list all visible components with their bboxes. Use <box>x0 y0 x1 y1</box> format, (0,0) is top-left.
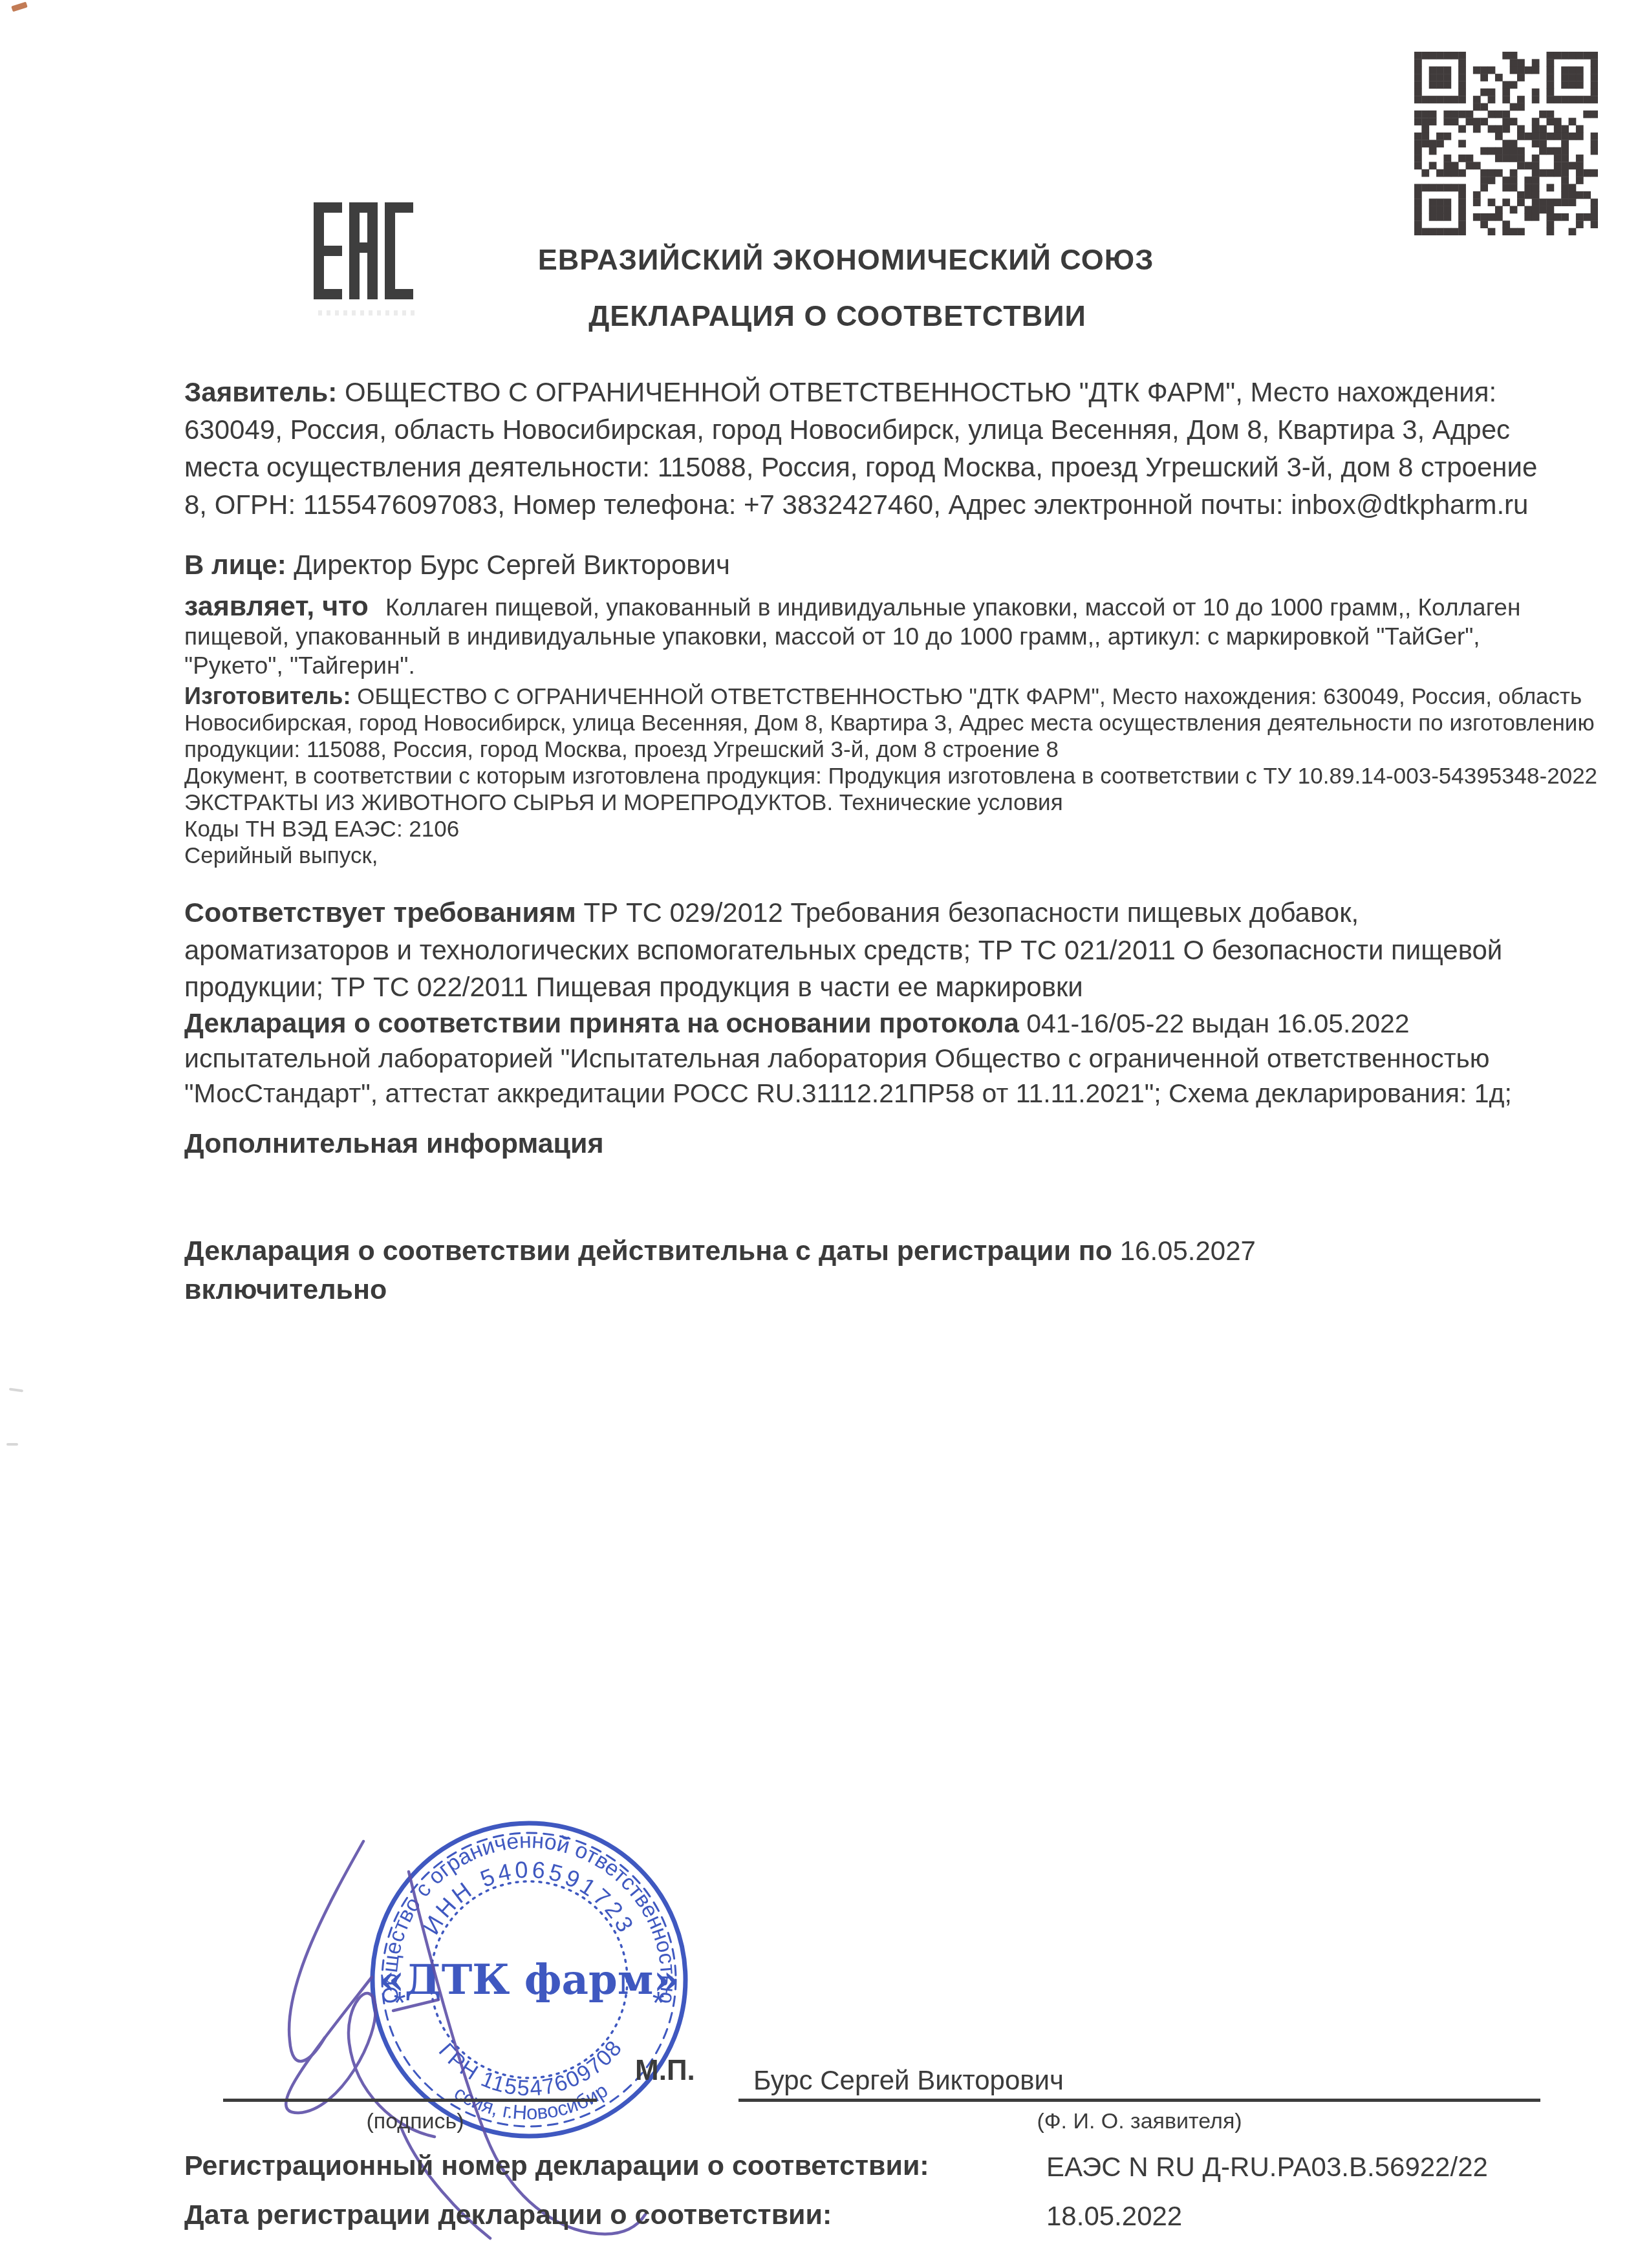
eac-logo <box>314 202 413 299</box>
person-text: Директор Бурс Сергей Викторович <box>286 550 730 580</box>
applicant-label: Заявитель: <box>184 377 337 407</box>
manufacturer-paragraph: Изготовитель: ОБЩЕСТВО С ОГРАНИЧЕННОЙ ОТ… <box>184 683 1600 763</box>
scan-artifact-dash <box>6 1443 18 1446</box>
fio-caption: (Ф. И. О. заявителя) <box>1037 2109 1242 2134</box>
validity-date: 16.05.2027 <box>1112 1236 1256 1266</box>
applicant-fio: Бурс Сергей Викторович <box>753 2065 1064 2096</box>
basis-label: Декларация о соответствии принята на осн… <box>184 1008 1019 1038</box>
signature-caption: (подпись) <box>366 2109 464 2134</box>
compliance-paragraph: Соответствует требованиям ТР ТС 029/2012… <box>184 894 1555 1005</box>
manufacturer-tnved-code: Коды ТН ВЭД ЕАЭС: 2106 <box>184 816 1600 842</box>
stamp-place-label: М.П. <box>635 2055 695 2087</box>
validity-label-after: включительно <box>184 1270 1471 1309</box>
registration-number-label: Регистрационный номер декларации о соотв… <box>184 2150 929 2182</box>
person-label: В лице: <box>184 550 286 580</box>
scan-artifact-dash <box>9 1387 23 1392</box>
validity-label-before: Декларация о соответствии действительна … <box>184 1236 1112 1267</box>
declaration-document: { "header": { "title1": "ЕВРАЗИЙСКИЙ ЭКО… <box>0 0 1649 2268</box>
additional-info-label: Дополнительная информация <box>184 1128 604 1160</box>
basis-paragraph: Декларация о соответствии принята на осн… <box>184 1006 1581 1111</box>
eac-logo-subtext-smudge <box>318 310 415 316</box>
signature-line <box>223 2099 597 2102</box>
handwritten-signature <box>116 1810 698 2263</box>
signature-stroke <box>393 2000 438 2011</box>
eac-logo-letters <box>314 202 413 299</box>
manufacturer-document: Документ, в соответствии с которым изгот… <box>184 763 1600 816</box>
page-title-union: ЕВРАЗИЙСКИЙ ЭКОНОМИЧЕСКИЙ СОЮЗ <box>538 243 1154 277</box>
page-title-declaration: ДЕКЛАРАЦИЯ О СООТВЕТСТВИИ <box>588 299 1086 333</box>
declares-text: Коллаген пищевой, упакованный в индивиду… <box>184 594 1520 679</box>
signature-stroke <box>289 1841 363 2061</box>
registration-number-value: ЕАЭС N RU Д-RU.РА03.В.56922/22 <box>1046 2152 1488 2183</box>
declares-paragraph: заявляет, чтоКоллаген пищевой, упакованн… <box>184 592 1555 680</box>
manufacturer-serial: Серийный выпуск, <box>184 842 1600 869</box>
validity-paragraph: Декларация о соответствии действительна … <box>184 1232 1471 1309</box>
applicant-text: ОБЩЕСТВО С ОГРАНИЧЕННОЙ ОТВЕТСТВЕННОСТЬЮ… <box>184 377 1537 520</box>
compliance-label: Соответствует требованиям <box>184 897 576 928</box>
person-line: В лице: Директор Бурс Сергей Викторович <box>184 550 1555 581</box>
registration-date-label: Дата регистрации декларации о соответств… <box>184 2199 832 2231</box>
manufacturer-label: Изготовитель: <box>184 683 350 709</box>
declares-label: заявляет, что <box>184 591 385 622</box>
applicant-paragraph: Заявитель: ОБЩЕСТВО С ОГРАНИЧЕННОЙ ОТВЕТ… <box>184 374 1555 524</box>
qr-code <box>1414 52 1598 235</box>
manufacturer-block: Изготовитель: ОБЩЕСТВО С ОГРАНИЧЕННОЙ ОТ… <box>184 683 1600 869</box>
manufacturer-text: ОБЩЕСТВО С ОГРАНИЧЕННОЙ ОТВЕТСТВЕННОСТЬЮ… <box>184 684 1595 762</box>
registration-date-value: 18.05.2022 <box>1046 2201 1182 2232</box>
scan-artifact-corner <box>11 2 28 12</box>
fio-line <box>738 2099 1540 2102</box>
